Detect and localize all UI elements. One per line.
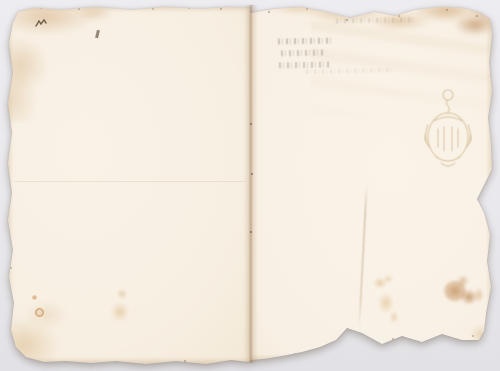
fold-speck bbox=[251, 173, 253, 175]
left-page bbox=[6, 5, 250, 366]
bleedthrough-text-line bbox=[306, 68, 394, 74]
left-page-bottom-edge-tint bbox=[6, 357, 250, 366]
foxing-dot-small bbox=[32, 295, 37, 300]
left-page-top-edge-tint bbox=[6, 5, 250, 12]
right-page bbox=[250, 3, 494, 363]
stain-bottom-left-corner bbox=[6, 295, 88, 367]
stain-dark-bottom-right bbox=[435, 269, 487, 317]
bleedthrough-text-line bbox=[279, 62, 329, 69]
bleedthrough-text-line bbox=[336, 17, 414, 23]
crest-seal-icon bbox=[421, 84, 475, 172]
right-page-right-edge-tint bbox=[486, 3, 494, 363]
stain-top-left-corner bbox=[6, 5, 128, 121]
right-page-bottom-edge-tint bbox=[250, 354, 494, 363]
stain-blob-right-page bbox=[364, 271, 406, 329]
stain-bottom-right-corner bbox=[464, 321, 498, 355]
foxing-dot-ring bbox=[35, 308, 44, 317]
left-page-left-edge-tint bbox=[6, 5, 13, 366]
horizontal-crease bbox=[14, 181, 246, 182]
vertical-crease bbox=[358, 183, 368, 328]
bleedthrough-text-line bbox=[281, 50, 325, 57]
fold-speck bbox=[250, 231, 252, 233]
fold-speck bbox=[250, 123, 252, 125]
bleedthrough-text-line bbox=[278, 38, 332, 45]
stain-blob-left-page bbox=[101, 282, 141, 332]
center-fold bbox=[244, 5, 258, 363]
document-spread bbox=[6, 3, 494, 367]
edge-specks-left-page bbox=[6, 5, 8, 7]
ink-scribble-icon bbox=[35, 18, 48, 29]
ink-tick-mark bbox=[95, 30, 99, 38]
